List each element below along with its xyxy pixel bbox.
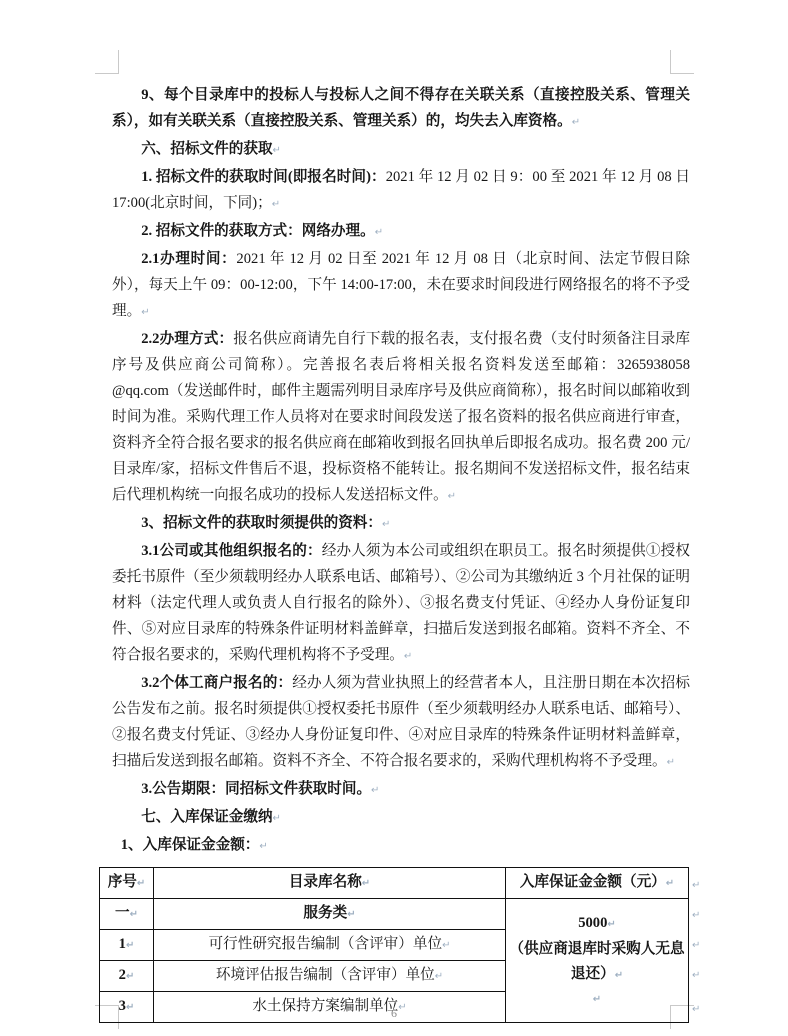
bold-run: 六、招标文件的获取 (141, 141, 272, 157)
deposit-note: （供应商退库时采购人无息退还） (508, 937, 686, 988)
paragraph-mark-icon (126, 971, 134, 982)
paragraph-4: 2. 招标文件的获取方式：网络办理。 (112, 218, 690, 246)
paragraph-11: 七、入库保证金缴纳 (112, 804, 690, 832)
table-header-cell-2: 目录库名称 (154, 868, 506, 899)
bold-run: 3、招标文件的获取时须提供的资料： (141, 515, 382, 531)
deposit-table-wrap: 序号目录库名称入库保证金金额（元） 一服务类5000（供应商退库时采购人无息退还… (99, 867, 688, 1023)
cell-seq: 2 (100, 961, 154, 992)
paragraph-mark-icon (382, 519, 390, 530)
paragraph-6: 2.2办理方式：报名供应商请先自行下载的报名表，支付报名费（支付时须备注目录库序… (112, 326, 690, 510)
bold-run: 2. 招标文件的获取方式：网络办理。 (141, 223, 375, 239)
paragraph-mark-icon (435, 971, 443, 982)
cell-catalog-name: 环境评估报告编制（含评审）单位 (154, 961, 506, 992)
body-paragraphs: 9、每个目录库中的投标人与投标人之间不得存在关联关系（直接控股关系、管理关系），… (112, 82, 690, 860)
page-number: 6 (0, 1006, 788, 1021)
paragraph-mark-icon (141, 307, 149, 318)
paragraph-9: 3.2个体工商户报名的：经办人须为营业执照上的经营者本人，且注册日期在本次招标公… (112, 670, 690, 776)
table-header-cell-3: 入库保证金金额（元） (506, 868, 689, 899)
bold-run: 3.1公司或其他组织报名的： (141, 543, 322, 559)
paragraph-5: 2.1办理时间：2021 年 12 月 02 日至 2021 年 12 月 08… (112, 246, 690, 326)
bold-run: 七、入库保证金缴纳 (141, 809, 272, 825)
table-header-cell-1: 序号 (100, 868, 154, 899)
paragraph-mark-icon (375, 227, 383, 238)
deposit-table: 序号目录库名称入库保证金金额（元） 一服务类5000（供应商退库时采购人无息退还… (99, 867, 689, 1023)
deposit-amount: 5000 (508, 911, 686, 937)
document-page: 9、每个目录库中的投标人与投标人之间不得存在关联关系（直接控股关系、管理关系），… (0, 0, 788, 1036)
row-end-mark-icon (692, 933, 700, 959)
paragraph-mark-icon (347, 909, 355, 920)
paragraph-3: 1. 招标文件的获取时间(即报名时间)：2021 年 12 月 02 日 9：0… (112, 164, 690, 218)
paragraph-7: 3、招标文件的获取时须提供的资料： (112, 510, 690, 538)
paragraph-mark-icon (273, 813, 281, 824)
row-end-mark-icon (692, 903, 700, 929)
cell-seq: 1 (100, 930, 154, 961)
text-run: 经办人须为本公司或组织在职员工。报名时须提供①授权委托书原件（至少须载明经办人联… (112, 543, 690, 663)
bold-run: 9、每个目录库中的投标人与投标人之间不得存在关联关系（直接控股关系、管理关系），… (112, 87, 690, 129)
body-text: 9、每个目录库中的投标人与投标人之间不得存在关联关系（直接控股关系、管理关系），… (112, 82, 690, 1023)
bold-run: 1. 招标文件的获取时间(即报名时间)： (141, 169, 386, 185)
cell-deposit-amount: 5000（供应商退库时采购人无息退还） (506, 899, 689, 1023)
paragraph-2: 六、招标文件的获取 (112, 136, 690, 164)
bold-run: 2.1办理时间： (141, 251, 236, 267)
paragraph-mark-icon (126, 940, 134, 951)
table-row: 一服务类5000（供应商退库时采购人无息退还） (100, 899, 689, 930)
paragraph-mark-icon (130, 909, 138, 920)
paragraph-mark-icon (572, 117, 580, 128)
cell-catalog-name: 可行性研究报告编制（含评审）单位 (154, 930, 506, 961)
paragraph-mark-icon (137, 878, 145, 889)
paragraph-1: 9、每个目录库中的投标人与投标人之间不得存在关联关系（直接控股关系、管理关系），… (112, 82, 690, 136)
paragraph-mark-icon (362, 878, 370, 889)
table-body: 一服务类5000（供应商退库时采购人无息退还）1可行性研究报告编制（含评审）单位… (100, 899, 689, 1023)
paragraph-mark-icon (259, 841, 267, 852)
paragraph-mark-icon (272, 199, 280, 210)
bold-run: 1、入库保证金金额： (121, 837, 260, 853)
bold-run: 3.公告期限：同招标文件获取时间。 (141, 781, 371, 797)
paragraph-12: 1、入库保证金金额： (112, 832, 690, 860)
paragraph-mark-icon (666, 878, 674, 889)
paragraph-mark-icon (615, 970, 623, 981)
paragraph-10: 3.公告期限：同招标文件获取时间。 (112, 776, 690, 804)
margin-corner-mark-icon (95, 50, 119, 74)
paragraph-mark-icon (273, 145, 281, 156)
bold-run: 2.2办理方式： (141, 331, 233, 347)
row-end-mark-icon (692, 963, 700, 989)
paragraph-8: 3.1公司或其他组织报名的：经办人须为本公司或组织在职员工。报名时须提供①授权委… (112, 538, 690, 670)
table-header-row: 序号目录库名称入库保证金金额（元） (100, 868, 689, 899)
paragraph-mark-icon (448, 491, 456, 502)
bold-run: 3.2个体工商户报名的： (141, 675, 292, 691)
paragraph-mark-icon (404, 651, 412, 662)
cell-seq: 一 (100, 899, 154, 930)
paragraph-mark-icon (593, 994, 601, 1005)
paragraph-mark-icon (667, 757, 675, 768)
paragraph-mark-icon (371, 785, 379, 796)
paragraph-mark-icon (442, 940, 450, 951)
cell-catalog-name: 服务类 (154, 899, 506, 930)
margin-corner-mark-icon (670, 50, 694, 74)
row-end-mark-icon (692, 873, 700, 899)
paragraph-mark-icon (607, 919, 615, 930)
text-run: 报名供应商请先自行下载的报名表，支付报名费（支付时须备注目录库序号及供应商公司简… (112, 331, 690, 503)
